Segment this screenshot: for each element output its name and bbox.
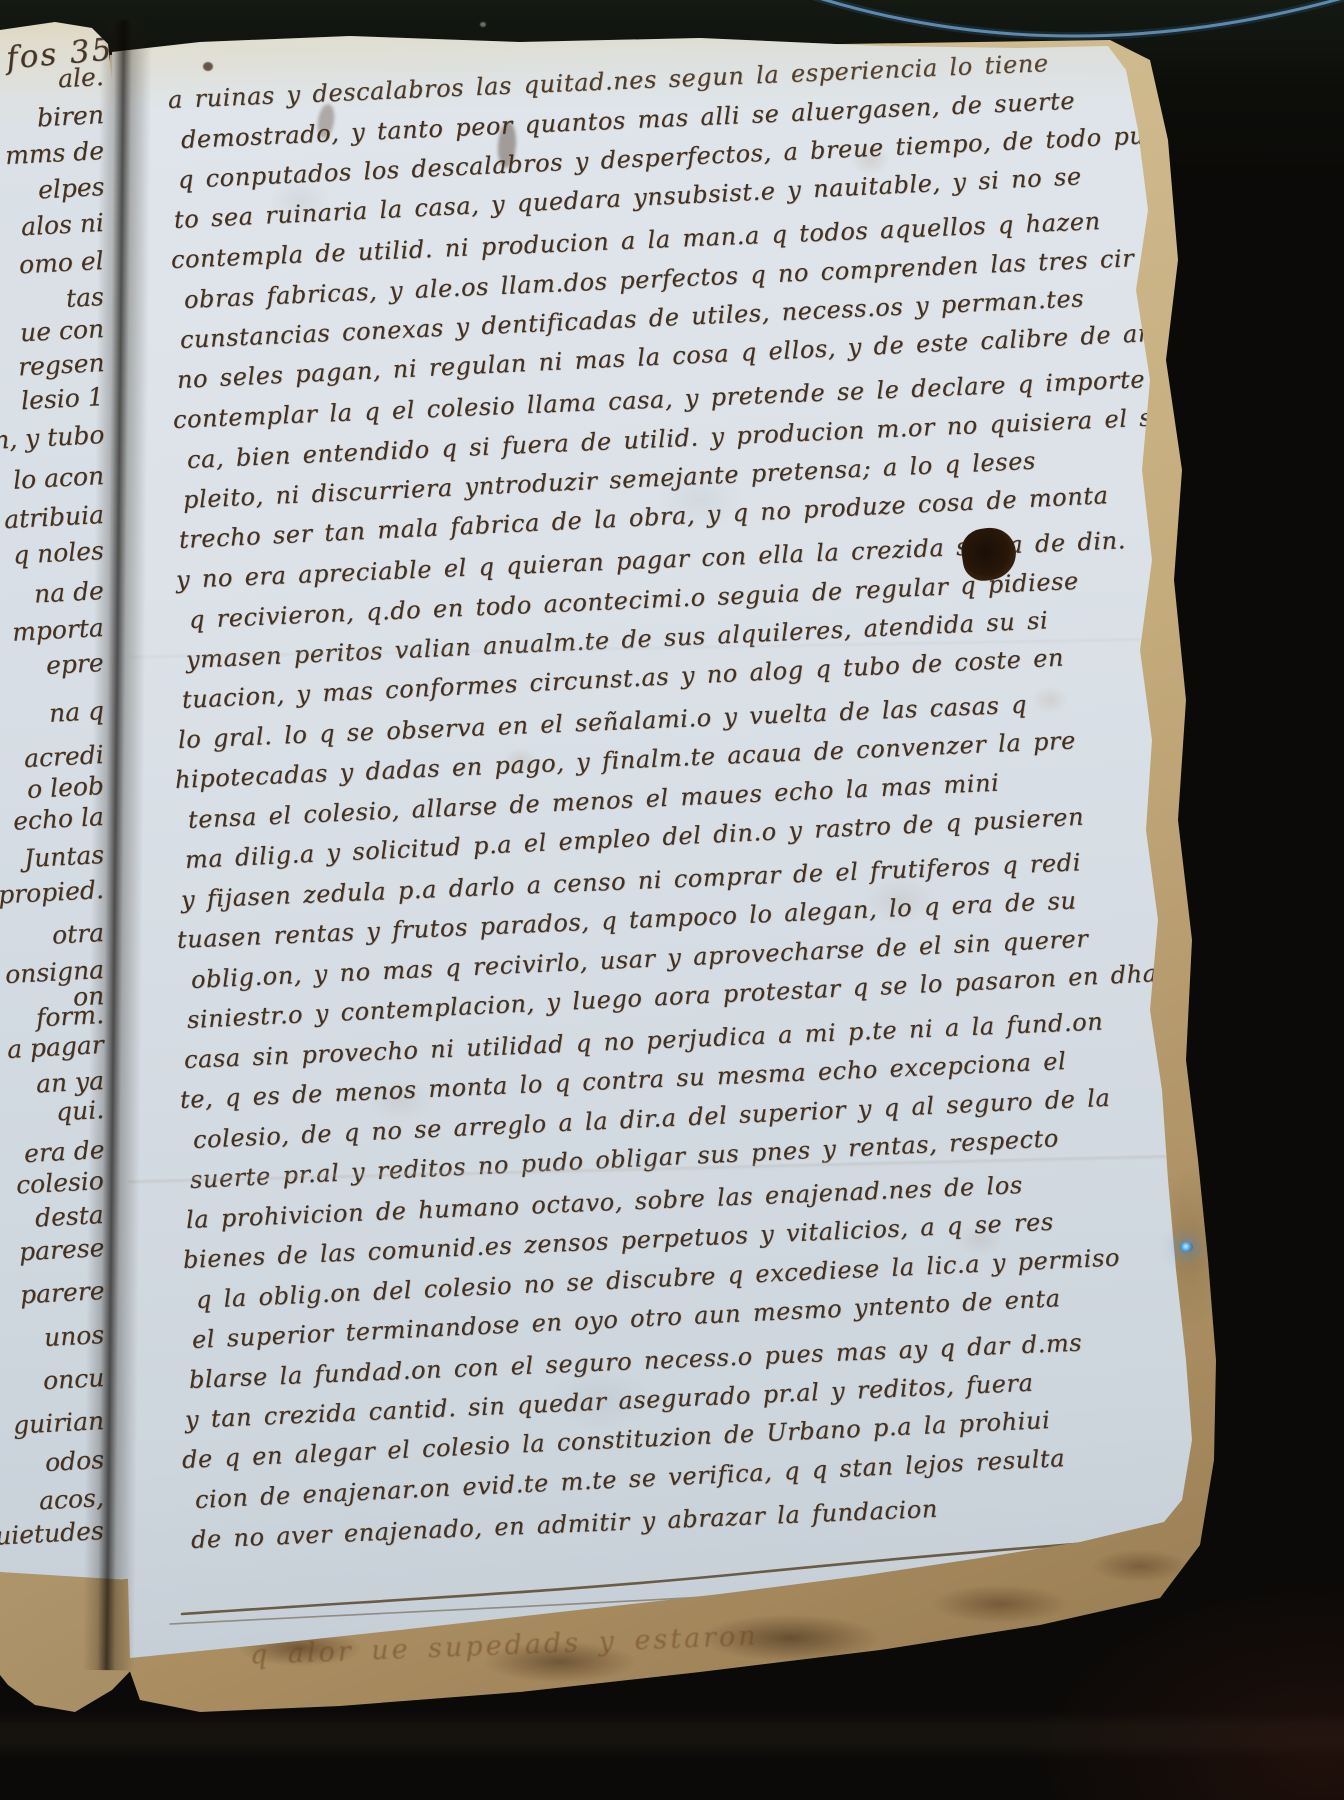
manuscript-line: y tan crezida cantid. sin quedar asegura…	[185, 1369, 1035, 1434]
left-page-fragment: biren	[36, 100, 104, 132]
left-page-fragment: mms de	[4, 136, 104, 170]
manuscript-line: el superior terminandose en oyo otro aun…	[192, 1284, 1062, 1354]
manuscript-line: colesio, de q no se arreglo a la dir.a d…	[193, 1084, 1112, 1154]
left-page-fragment: regsen	[17, 348, 105, 381]
blue-led-dot	[1180, 1242, 1193, 1252]
manuscript-line: blarse la fundad.on con el seguro necess…	[188, 1329, 1082, 1394]
manuscript-line: tuasen rentas y frutos parados, q tampoc…	[177, 886, 1078, 954]
dust-speck	[480, 22, 486, 27]
manuscript-line: to sea ruinaria la casa, y quedara ynsub…	[174, 162, 1083, 234]
manuscript-line: hipotecadas y dadas en pago, y finalm.te…	[174, 726, 1076, 794]
manuscript-line: cunstancias conexas y dentificadas de ut…	[180, 284, 1085, 354]
left-page-fragment: ale.	[58, 62, 105, 93]
left-page-fragment: lesio 1	[21, 382, 105, 415]
manuscript-line: demostrado, y tanto peor quantos mas all…	[181, 87, 1076, 154]
ink-smudge	[496, 121, 517, 168]
manuscript-line: contemplar la q el colesio llama casa, y…	[173, 365, 1146, 434]
manuscript-line: y no era apreciable el q quieran pagar c…	[175, 526, 1126, 594]
manuscript-line: q conputados los descalabros y desperfec…	[177, 121, 1162, 194]
manuscript-line: de no aver enajenado, en admitir y abraz…	[191, 1495, 939, 1554]
manuscript-line: te, q es de menos monta lo q contra su m…	[179, 1047, 1066, 1114]
manuscript-line: a ruinas y descalabros las quitad.nes se…	[167, 49, 1049, 114]
manuscript-line: suerte pr.al y reditos no pudo obligar s…	[189, 1124, 1059, 1194]
left-page-fragment: alos ni	[21, 208, 105, 241]
left-page-fragment: mporta	[12, 613, 105, 647]
left-page-fragment: on, y tubo	[0, 420, 105, 456]
manuscript-line: q la oblig.on del colesio no se discubre…	[195, 1243, 1120, 1314]
manuscript-line: tuacion, y mas conformes circunst.as y n…	[181, 643, 1064, 713]
paper-crease	[130, 637, 1140, 658]
left-page-fragment: atribuia	[3, 500, 104, 534]
folio-number: fos 35	[5, 31, 115, 76]
left-page-fragment: lo acon	[12, 461, 104, 495]
manuscript-line: tensa el colesio, allarse de menos el ma…	[188, 769, 1001, 834]
manuscript-line: trecho ser tan mala fabrica de la obra, …	[179, 481, 1110, 554]
manuscript-line: no seles pagan, ni regulan ni mas la cos…	[176, 319, 1154, 394]
manuscript-line: contempla de utilid. ni producion a la m…	[170, 207, 1101, 274]
manuscript-line: cion de enajenar.on evid.te m.te se veri…	[194, 1444, 1065, 1514]
paper-crease	[128, 1153, 1168, 1182]
ink-dot	[203, 62, 213, 71]
manuscript-line: ca, bien entendido q si fuera de utilid.…	[186, 403, 1167, 474]
manuscript-line: de q en alegar el colesio la constituzio…	[181, 1406, 1051, 1474]
manuscript-line: la prohivicion de humano octavo, sobre l…	[186, 1171, 1024, 1234]
manuscript-line: y fijasen zedula p.a darlo a censo ni co…	[180, 848, 1081, 914]
manuscript-line: siniestr.o y contemplacion, y luego aora…	[187, 959, 1159, 1034]
manuscript-line: bienes de las comunid.es zensos perpetuo…	[182, 1208, 1054, 1274]
left-page-fragment: propied.	[0, 875, 105, 909]
photo-stage: q alor ue supedads y estaron fos 35 ale.…	[0, 0, 1344, 1800]
left-page-fragment: ue con	[19, 314, 104, 347]
left-page-fragment: q noles	[13, 536, 105, 570]
ink-blot	[959, 524, 1020, 583]
manuscript-line: q recivieron, q.do en todo acontecimi.o …	[189, 567, 1080, 634]
left-page-fragment: omo el	[19, 246, 105, 279]
manuscript-line: obras fabricas, y ale.os llam.dos perfec…	[183, 244, 1134, 314]
ink-smudge	[315, 103, 336, 139]
manuscript-line: lo gral. lo q se observa en el señalami.…	[178, 690, 1028, 754]
manuscript-line: pleito, ni discurriera yntroduzir semeja…	[182, 447, 1036, 514]
manuscript-line: oblig.on, y no mas q recivirlo, usar y a…	[190, 925, 1089, 994]
manuscript-line: ma dilig.a y solicitud p.a el empleo del…	[184, 803, 1084, 874]
manuscript-line: ymasen peritos valian anualm.te de sus a…	[185, 606, 1048, 674]
manuscript-line: casa sin provecho ni utilidad q no perju…	[183, 1007, 1103, 1074]
left-page-fragment: elpes	[37, 172, 105, 204]
